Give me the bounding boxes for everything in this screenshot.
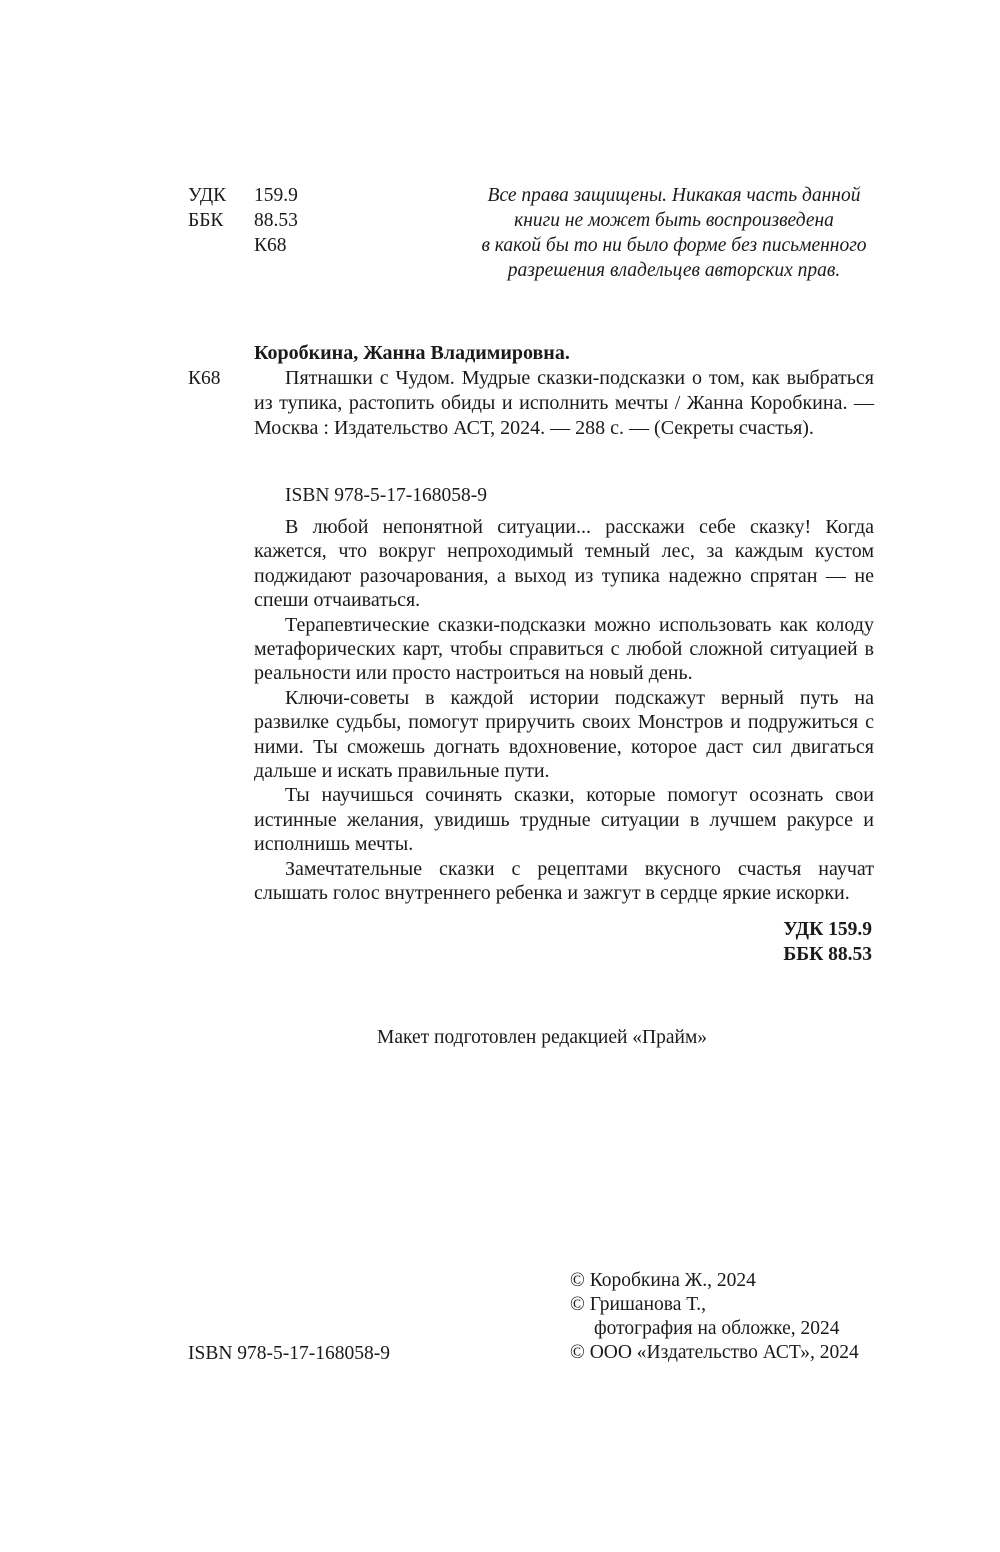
catalog-code: К68 bbox=[188, 366, 221, 391]
rights-line: в какой бы то ни было форме без письменн… bbox=[468, 233, 880, 258]
author-name: Коробкина, Жанна Владимировна. bbox=[254, 341, 570, 366]
author-sign-value: К68 bbox=[254, 233, 287, 258]
copyright-block: © Коробкина Ж., 2024 © Гришанова Т., фот… bbox=[570, 1269, 859, 1365]
bbk-value: 88.53 bbox=[254, 208, 298, 233]
bbk-code-bold: ББК 88.53 bbox=[783, 942, 872, 967]
annotation: В любой непонятной ситуации... расскажи … bbox=[254, 515, 874, 906]
udk-row: УДК 159.9 bbox=[188, 183, 298, 208]
classification-codes-bold: УДК 159.9 ББК 88.53 bbox=[783, 917, 872, 967]
udk-value: 159.9 bbox=[254, 183, 298, 208]
rights-line: разрешения владельцев авторских прав. bbox=[468, 258, 880, 283]
rights-line: книги не может быть воспроизведена bbox=[468, 208, 880, 233]
footer-isbn: ISBN 978-5-17-168058-9 bbox=[188, 1341, 390, 1366]
classification-block: УДК 159.9 ББК 88.53 К68 bbox=[188, 183, 298, 258]
author-sign-row: К68 bbox=[188, 233, 298, 258]
annotation-paragraph: В любой непонятной ситуации... расскажи … bbox=[254, 515, 874, 613]
catalog-description: Пятнашки с Чудом. Мудрые сказки-подсказк… bbox=[254, 366, 874, 441]
bbk-label: ББК bbox=[188, 208, 254, 233]
catalog-description-text: Пятнашки с Чудом. Мудрые сказки-подсказк… bbox=[254, 366, 874, 441]
bbk-row: ББК 88.53 bbox=[188, 208, 298, 233]
annotation-paragraph: Замечтательные сказки с рецептами вкусно… bbox=[254, 857, 874, 906]
copyright-line: © ООО «Издательство АСТ», 2024 bbox=[570, 1341, 859, 1365]
udk-code-bold: УДК 159.9 bbox=[783, 917, 872, 942]
annotation-paragraph: Ты научишься сочинять сказки, которые по… bbox=[254, 783, 874, 856]
author-sign-label bbox=[188, 233, 254, 258]
udk-label: УДК bbox=[188, 183, 254, 208]
copyright-line: © Коробкина Ж., 2024 bbox=[570, 1269, 859, 1293]
annotation-paragraph: Ключи-советы в каждой истории подскажут … bbox=[254, 686, 874, 784]
copyright-line: фотография на обложке, 2024 bbox=[570, 1317, 859, 1341]
copyright-line: © Гришанова Т., bbox=[570, 1293, 859, 1317]
annotation-paragraph: Терапевтические сказки-подсказки можно и… bbox=[254, 613, 874, 686]
layout-credit: Макет подготовлен редакцией «Прайм» bbox=[377, 1025, 707, 1050]
catalog-isbn: ISBN 978-5-17-168058-9 bbox=[285, 483, 487, 508]
rights-notice: Все права защищены. Никакая часть данной… bbox=[468, 183, 880, 283]
rights-line: Все права защищены. Никакая часть данной bbox=[468, 183, 880, 208]
